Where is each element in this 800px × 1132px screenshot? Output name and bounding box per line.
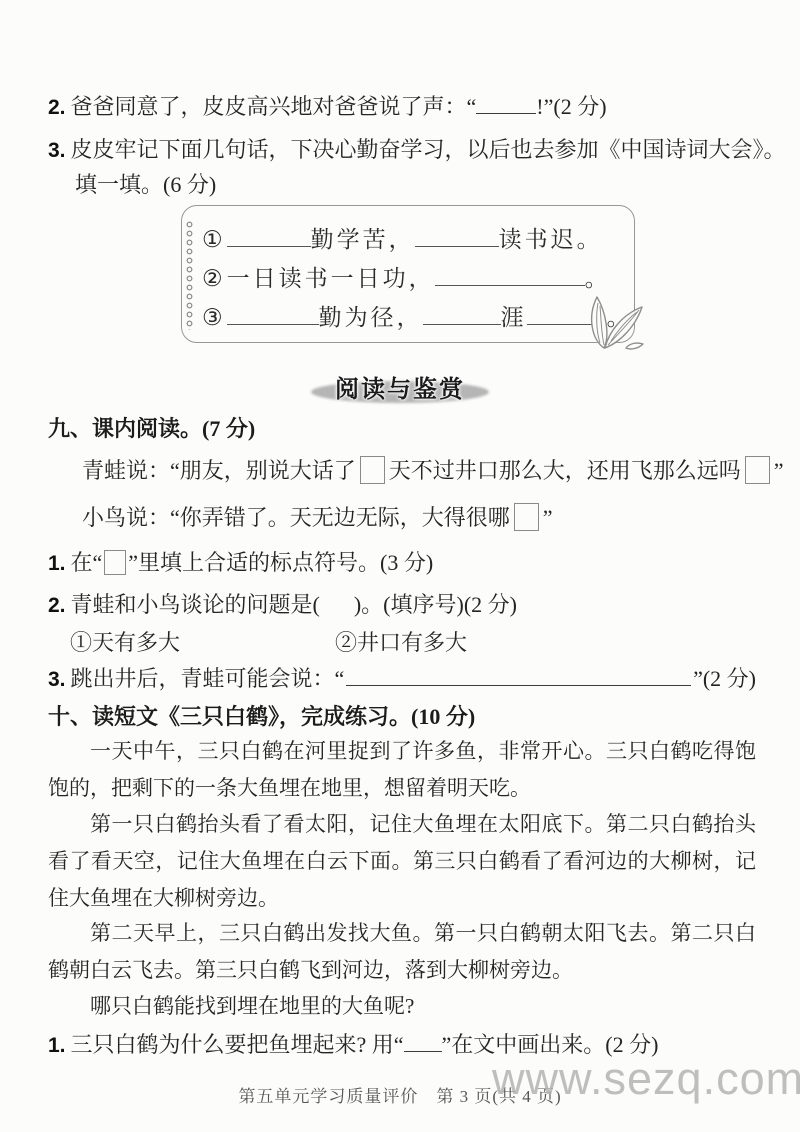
question-text: 青蛙和小鸟谈论的问题是( xyxy=(71,592,320,617)
answer-blank[interactable] xyxy=(227,304,319,325)
question-text: 在“ xyxy=(71,550,103,575)
question-number: 1. xyxy=(48,552,66,575)
fill-text: 勤学苦， xyxy=(311,227,415,252)
answer-blank[interactable] xyxy=(415,226,499,247)
question-intro-2: 2.爸爸同意了，皮皮高兴地对爸爸说了声：“!”(2 分) xyxy=(48,92,756,123)
answer-blank[interactable] xyxy=(476,93,536,114)
answer-blank[interactable] xyxy=(435,265,585,286)
question-number: 2. xyxy=(48,96,66,119)
dialogue-text: 天不过井口那么大，还用飞那么远吗 xyxy=(389,458,741,483)
item-marker: ③ xyxy=(202,305,223,330)
section-9-title: 九、课内阅读。(7 分) xyxy=(48,414,756,444)
fill-row-2: ②一日读书一日功，。 xyxy=(202,259,624,298)
options-row: ①天有多大 ②井口有多大 xyxy=(48,628,756,658)
question-number: 3. xyxy=(48,665,66,695)
question-text: ”里填上合适的标点符号。(3 分) xyxy=(128,550,433,575)
question-intro-3-line2: 填一填。(6 分) xyxy=(48,170,756,200)
question-number: 2. xyxy=(48,594,66,617)
item-marker: ① xyxy=(202,227,223,252)
leaf-decoration-icon xyxy=(574,288,648,354)
answer-blank[interactable] xyxy=(404,1031,442,1052)
dialogue-text: ” xyxy=(543,505,553,530)
question-text: 爸爸同意了，皮皮高兴地对爸爸说了声：“ xyxy=(71,94,477,119)
question-text: ”(2 分) xyxy=(693,664,756,694)
question-text: ”在文中画出来。(2 分) xyxy=(442,1032,659,1057)
punctuation-answer-box[interactable] xyxy=(104,550,126,575)
fill-text: 勤为径， xyxy=(319,305,423,330)
fill-row-1: ①勤学苦，读书迟。 xyxy=(202,220,624,259)
question-text: !”(2 分) xyxy=(536,94,606,119)
question-10-1: 1.三只白鹤为什么要把鱼埋起来? 用“”在文中画出来。(2 分) xyxy=(48,1030,756,1061)
dialogue-text: 青蛙说：“朋友，别说大话了 xyxy=(82,458,356,483)
question-number: 1. xyxy=(48,1034,66,1057)
answer-blank[interactable] xyxy=(227,226,311,247)
question-text: )。(填序号)(2 分) xyxy=(354,592,517,617)
answer-blank[interactable] xyxy=(423,304,501,325)
section-10-title: 十、读短文《三只白鹤》，完成练习。(10 分) xyxy=(48,702,756,732)
fill-text: 涯 xyxy=(501,305,527,330)
test-paper-page: 2.爸爸同意了，皮皮高兴地对爸爸说了声：“!”(2 分) 3.皮皮牢记下面几句话… xyxy=(0,0,800,1132)
section-banner-title: 阅读与鉴赏 xyxy=(335,376,465,403)
section-banner: 阅读与鉴赏 xyxy=(0,369,800,404)
fill-row-3: ③勤为径，涯。 xyxy=(202,298,624,337)
question-text: 跳出井后，青蛙可能会说：“ xyxy=(71,664,345,694)
question-9-3: 3.跳出井后，青蛙可能会说：“”(2 分) xyxy=(48,664,756,695)
question-9-2: 2.青蛙和小鸟谈论的问题是()。(填序号)(2 分) xyxy=(48,590,756,621)
punctuation-answer-box[interactable] xyxy=(514,503,539,531)
fill-text: 一日读书一日功， xyxy=(227,266,435,291)
fill-in-box: ①勤学苦，读书迟。 ②一日读书一日功，。 ③勤为径，涯。 xyxy=(181,205,635,343)
question-text: 填一填。(6 分) xyxy=(75,172,216,197)
item-marker: ② xyxy=(202,266,223,291)
story-paragraph-4: 哪只白鹤能找到埋在地里的大鱼呢? xyxy=(48,988,756,1025)
dialogue-bird: 小鸟说：“你弄错了。天无边无际，大得很哪” xyxy=(48,503,756,533)
dialogue-text: 小鸟说：“你弄错了。天无边无际，大得很哪 xyxy=(82,505,510,530)
question-intro-3: 3.皮皮牢记下面几句话，下决心勤奋学习，以后也去参加《中国诗词大会》。 xyxy=(48,135,756,166)
option-2: ②井口有多大 xyxy=(335,628,467,658)
question-number: 3. xyxy=(48,139,66,162)
fill-in-rows: ①勤学苦，读书迟。 ②一日读书一日功，。 ③勤为径，涯。 xyxy=(202,220,624,337)
fill-text: 读书迟。 xyxy=(499,227,603,252)
question-text: 皮皮牢记下面几句话，下决心勤奋学习，以后也去参加《中国诗词大会》。 xyxy=(71,137,786,162)
punctuation-answer-box[interactable] xyxy=(745,456,770,484)
option-1: ①天有多大 xyxy=(48,630,180,655)
dialogue-frog: 青蛙说：“朋友，别说大话了天不过井口那么大，还用飞那么远吗” xyxy=(48,456,756,486)
question-text: 三只白鹤为什么要把鱼埋起来? 用“ xyxy=(71,1032,404,1057)
dialogue-text: ” xyxy=(774,458,784,483)
story-paragraph-3: 第二天早上，三只白鹤出发找大鱼。第一只白鹤朝太阳飞去。第二只白鹤朝白云飞去。第三… xyxy=(48,915,756,989)
punctuation-answer-box[interactable] xyxy=(360,456,385,484)
page-footer: 第五单元学习质量评价 第 3 页(共 4 页) xyxy=(0,1082,800,1107)
spiral-binding-icon xyxy=(185,220,194,330)
story-paragraph-1: 一天中午，三只白鹤在河里捉到了许多鱼，非常开心。三只白鹤吃得饱饱的，把剩下的一条… xyxy=(48,733,756,807)
story-paragraph-2: 第一只白鹤抬头看了看太阳，记住大鱼埋在太阳底下。第二只白鹤抬头看了看天空，记住大… xyxy=(48,806,756,917)
question-9-1: 1.在“”里填上合适的标点符号。(3 分) xyxy=(48,548,756,579)
answer-blank[interactable] xyxy=(346,665,691,686)
